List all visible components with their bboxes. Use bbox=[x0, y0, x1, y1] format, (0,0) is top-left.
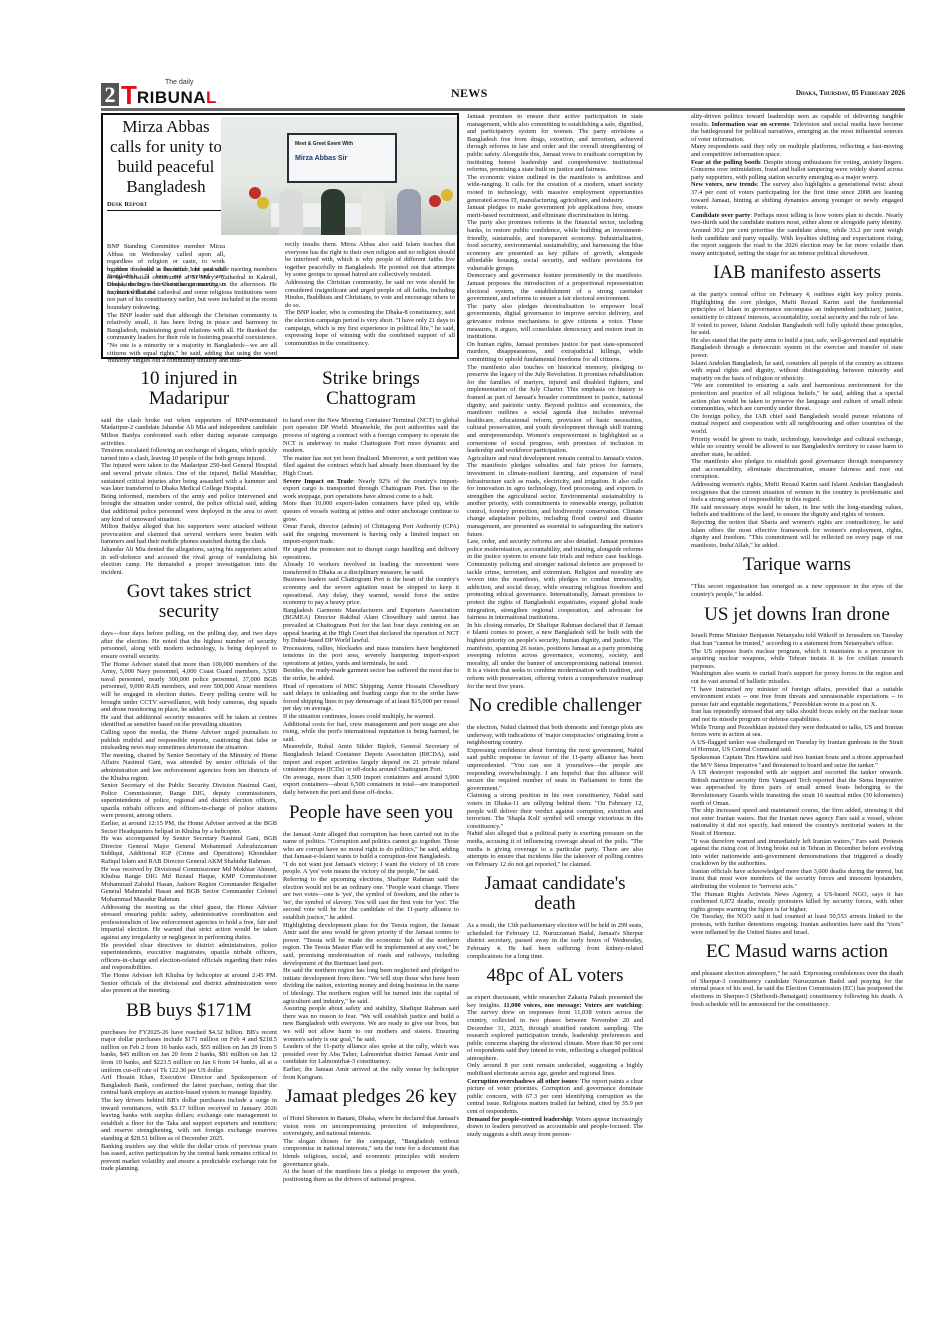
flower-decoration bbox=[257, 197, 269, 209]
lead-text-col1: by them if needed in the future," he sai… bbox=[107, 266, 277, 365]
article-jamaat-continued: Jamaat promises to ensure their active p… bbox=[467, 113, 643, 690]
headline-chattogram[interactable]: Strike brings Chattogram bbox=[283, 369, 459, 409]
headline-challenger[interactable]: No credible challenger bbox=[467, 696, 643, 716]
banner-title: Meet & Greet Event With bbox=[295, 141, 353, 147]
lead-headline[interactable]: Mirza Abbas calls for unity to build pea… bbox=[107, 117, 225, 197]
column-4: ality-driven politics toward leadership … bbox=[691, 113, 903, 1008]
article-bb: purchases for FY2025-26 have reached $4.… bbox=[101, 1029, 277, 1173]
headline-people[interactable]: People have seen you bbox=[283, 803, 459, 823]
masthead-rule bbox=[101, 108, 905, 111]
headline-iran-drone[interactable]: US jet downs Iran drone bbox=[691, 605, 903, 625]
section-title: NEWS bbox=[451, 86, 488, 101]
logo-first-letter: T bbox=[121, 84, 137, 106]
article-security: days—four days before polling, on the po… bbox=[101, 630, 277, 995]
lead-text-col2: rectly insults them. Mirza Abbas also sa… bbox=[285, 241, 455, 347]
headline-bb[interactable]: BB buys $171M bbox=[101, 1001, 277, 1021]
logo-middle: RIBUNA bbox=[137, 89, 206, 106]
headline-tarique[interactable]: Tarique warns bbox=[691, 555, 903, 575]
article-people: the Jamaat Amir alleged that corruption … bbox=[283, 831, 459, 1082]
article-madaripur: said the clash broke out when supporters… bbox=[101, 417, 277, 576]
flower-decoration bbox=[429, 195, 441, 207]
dateline: Dhaka, Thursday, 05 February 2026 bbox=[796, 89, 905, 97]
column-1: 10 injured in Madaripur said the clash b… bbox=[101, 363, 277, 1173]
article-al-voters: as expert discussant, while researcher Z… bbox=[467, 994, 643, 1138]
column-3: Jamaat promises to ensure their active p… bbox=[467, 113, 643, 1138]
newspaper-page: 2 T RIBUNA L The daily NEWS Dhaka, Thurs… bbox=[101, 80, 905, 107]
event-banner: Meet & Greet Event With Mirza Abbas Sir bbox=[287, 133, 397, 183]
headline-al-voters[interactable]: 48pc of AL voters bbox=[467, 966, 643, 986]
headline-ec-masud[interactable]: EC Masud warns action bbox=[691, 942, 903, 962]
headline-security[interactable]: Govt takes strict security bbox=[101, 582, 277, 622]
flower-decoration bbox=[441, 189, 453, 201]
logo-last-letter: L bbox=[206, 89, 216, 106]
byline: Desk Report bbox=[107, 201, 225, 211]
article-chattogram: to hand over the New Mooring Container T… bbox=[283, 417, 459, 797]
column-2: Strike brings Chattogram to hand over th… bbox=[283, 363, 459, 1183]
article-jamaat-26: of Hotel Sheraton in Banani, Dhaka, wher… bbox=[283, 1115, 459, 1183]
logo-tagline: The daily bbox=[165, 79, 193, 86]
person-figure bbox=[279, 189, 303, 235]
banner-name: Mirza Abbas Sir bbox=[295, 155, 347, 162]
person-figure bbox=[397, 189, 421, 235]
headline-jamaat-26[interactable]: Jamaat pledges 26 key bbox=[283, 1087, 459, 1107]
person-figure bbox=[361, 189, 385, 235]
article-tarique: "This secret organisation has emerged as… bbox=[691, 583, 903, 598]
article-challenger: the election, Nahid claimed that both do… bbox=[467, 724, 643, 868]
article-al-voters-continued: ality-driven politics toward leadership … bbox=[691, 113, 903, 257]
headline-iab[interactable]: IAB manifesto asserts bbox=[691, 263, 903, 283]
lead-story: Mirza Abbas calls for unity to build pea… bbox=[101, 113, 459, 359]
headline-madaripur[interactable]: 10 injured in Madaripur bbox=[101, 369, 277, 409]
page-number: 2 bbox=[101, 83, 119, 106]
article-candidate-death: As a result, the 13th parliamentary elec… bbox=[467, 922, 643, 960]
article-iab: at the party's central office on Februar… bbox=[691, 291, 903, 549]
article-ec-masud: and pleasant election atmosphere," he sa… bbox=[691, 970, 903, 1008]
article-iran-drone: Israeli Prime Minister Benjamin Netanyah… bbox=[691, 632, 903, 936]
headline-candidate-death[interactable]: Jamaat candidate's death bbox=[467, 874, 643, 914]
masthead: 2 T RIBUNA L The daily NEWS Dhaka, Thurs… bbox=[101, 80, 905, 107]
lead-photo: Meet & Greet Event With Mirza Abbas Sir bbox=[221, 117, 457, 235]
tribunal-logo[interactable]: 2 T RIBUNA L The daily bbox=[101, 82, 216, 106]
person-figure bbox=[321, 189, 345, 235]
